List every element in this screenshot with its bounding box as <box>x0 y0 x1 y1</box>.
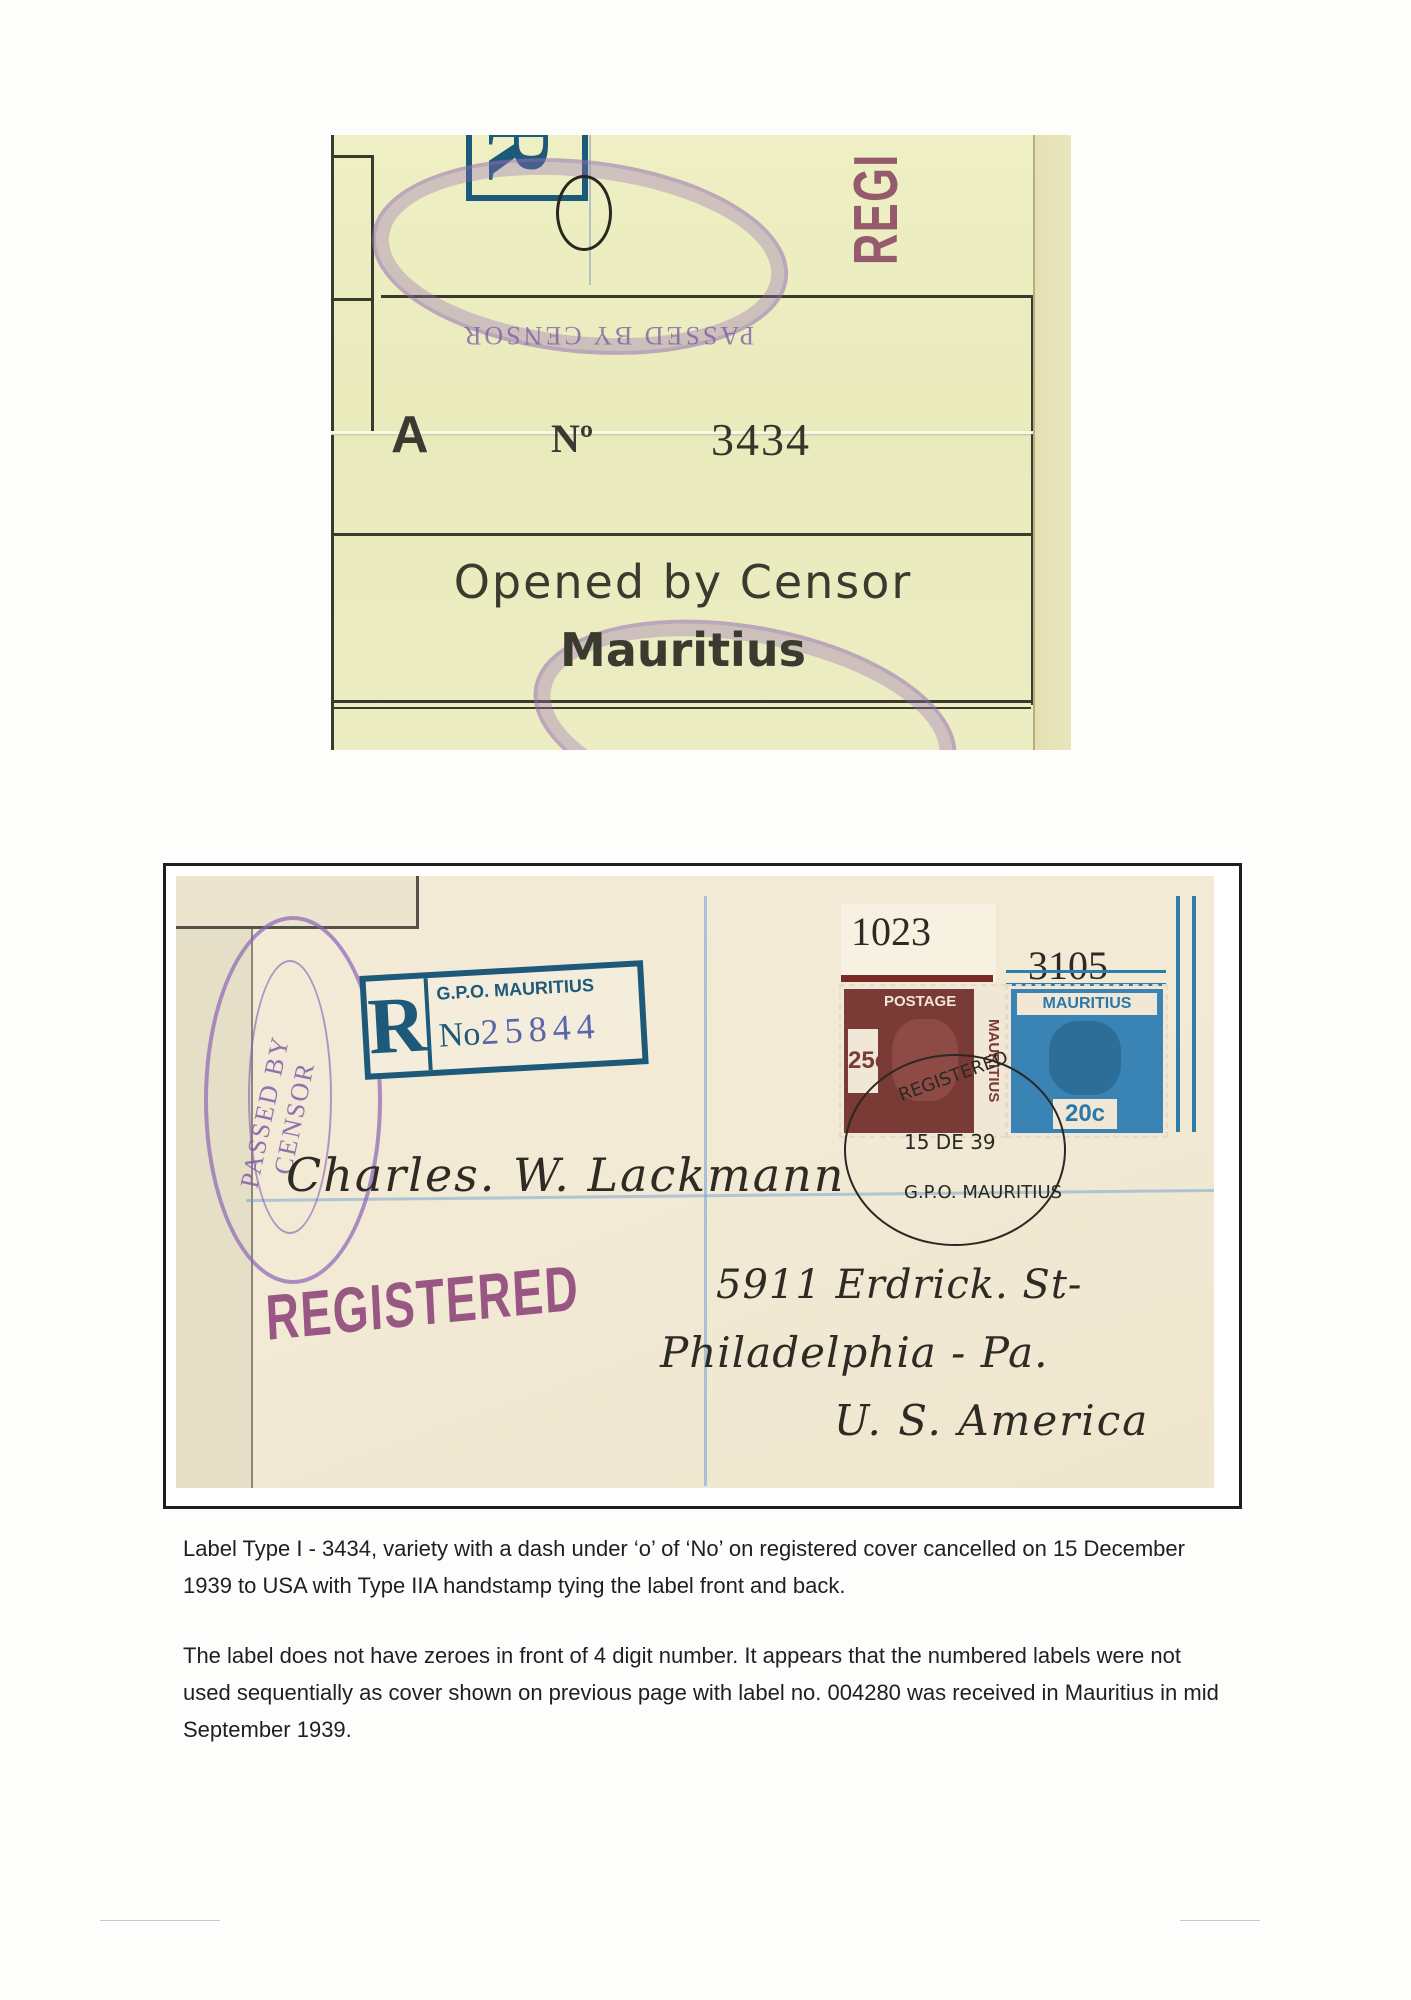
label-number-prefix: Nº <box>551 415 593 462</box>
registration-letter: R <box>366 978 433 1073</box>
address-street: 5911 Erdrick. St- <box>716 1262 1082 1308</box>
registration-label: R G.P.O. MAURITIUS No 25844 <box>359 960 648 1080</box>
caption-paragraph-1: Label Type I - 3434, variety with a dash… <box>183 1530 1233 1604</box>
handwriting-fragment <box>556 175 612 251</box>
envelope-edge <box>1033 135 1071 750</box>
postmark-town: G.P.O. MAURITIUS <box>904 1182 1062 1203</box>
label-text-opened-by-censor: Opened by Censor <box>331 555 1035 609</box>
cover-photo-frame: PASSED BY CENSOR R G.P.O. MAURITIUS No 2… <box>163 863 1242 1509</box>
stamp-top-text: POSTAGE <box>884 993 956 1010</box>
label-border-top-stub <box>331 155 371 158</box>
label-border-left-upper <box>331 135 334 431</box>
censor-label-photo: R PASSED BY CENSOR REGI A Nº 3434 Opened… <box>331 135 1071 750</box>
caption-paragraph-2: The label does not have zeroes in front … <box>183 1637 1233 1748</box>
postmark-date: 15 DE 39 <box>904 1130 996 1154</box>
page-footer-rule-right <box>1180 1920 1260 1921</box>
stamp-top-text: MAURITIUS <box>1017 993 1157 1015</box>
censor-handstamp: PASSED BY CENSOR <box>204 916 382 1284</box>
registered-cover: PASSED BY CENSOR R G.P.O. MAURITIUS No 2… <box>176 876 1214 1488</box>
censor-handstamp-text: PASSED BY CENSOR <box>461 320 754 350</box>
stamp-value: 20c <box>1053 1099 1117 1129</box>
registered-handstamp-partial: REGI <box>841 153 912 265</box>
sheet-margin-3105: 3105 <box>1006 942 1184 986</box>
margin-rule <box>1006 970 1166 986</box>
label-number: 3434 <box>711 413 811 466</box>
sheet-number: 1023 <box>851 908 931 955</box>
label-border-mid-stub <box>331 298 371 301</box>
label-rule-middle <box>331 533 1031 536</box>
registration-no-prefix: No <box>438 1015 482 1055</box>
sheet-margin-rule-right <box>1176 896 1196 1132</box>
label-series-letter: A <box>391 405 429 465</box>
label-border-inner-left <box>371 155 374 431</box>
registration-office: G.P.O. MAURITIUS <box>436 975 595 1005</box>
registration-number: 25844 <box>479 1005 601 1054</box>
address-country: U. S. America <box>834 1396 1149 1445</box>
king-portrait <box>1049 1021 1121 1095</box>
address-name: Charles. W. Lackmann <box>286 1148 845 1202</box>
label-text-mauritius: Mauritius <box>331 623 1035 677</box>
postmark: REGISTERED 15 DE 39 G.P.O. MAURITIUS <box>844 1054 1066 1246</box>
page-footer-rule-left <box>100 1920 220 1921</box>
fold-crease <box>331 431 1071 434</box>
address-city: Philadelphia - Pa. <box>660 1328 1048 1377</box>
margin-rule <box>841 975 993 982</box>
sheet-margin-1023: 1023 <box>841 904 996 982</box>
